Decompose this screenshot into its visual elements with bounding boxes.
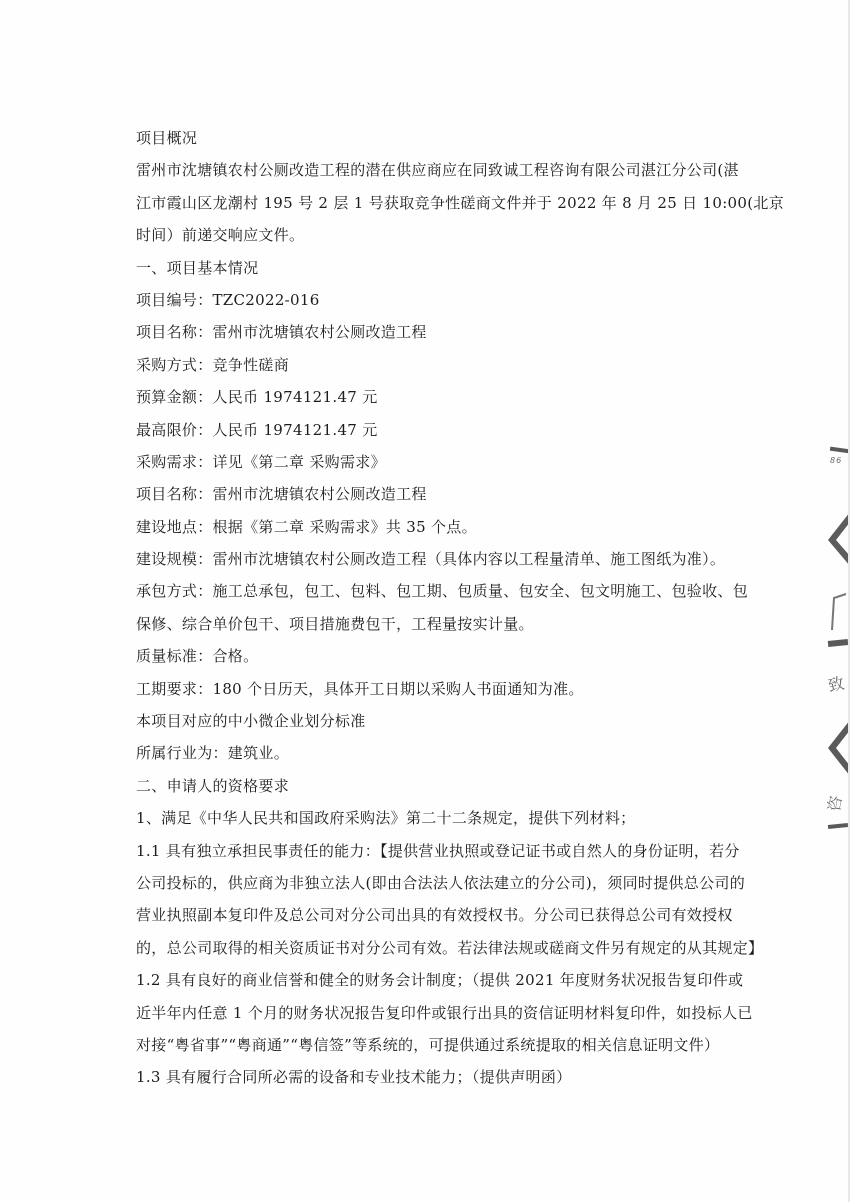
contract-method-line-2: 保修、综合单价包干、项目措施费包干，工程量按实计量。 [136, 608, 702, 640]
section2-intro: 1、满足《中华人民共和国政府采购法》第二十二条规定，提供下列材料； [136, 802, 702, 834]
seal-chevron-icon [826, 512, 850, 566]
industry: 所属行业为：建筑业。 [136, 737, 702, 769]
seal-bar-bottom [828, 823, 848, 829]
overview-line-3: 时间）前递交响应文件。 [136, 219, 702, 251]
max-price: 最高限价：人民币 1974121.47 元 [136, 414, 702, 446]
document-page: 项目概况 雷州市沈塘镇农村公厕改造工程的潜在供应商应在同致诚工程咨询有限公司湛江… [0, 0, 850, 1202]
project-number: 项目编号：TZC2022-016 [136, 284, 702, 316]
budget-amount: 预算金额：人民币 1974121.47 元 [136, 381, 702, 413]
overview-heading: 项目概况 [136, 122, 702, 154]
section1-heading: 一、项目基本情况 [136, 252, 702, 284]
req-1-3: 1.3 具有履行合同所必需的设备和专业技术能力；（提供声明函） [136, 1061, 702, 1093]
seal-char-2: 咨 [821, 794, 846, 814]
req-1-2-line-3: 对接“粤省事”“粤商通”“粤信签”等系统的，可提供通过系统提取的相关信息证明文件… [136, 1029, 702, 1061]
overview-line-1: 雷州市沈塘镇农村公厕改造工程的潜在供应商应在同致诚工程咨询有限公司湛江分公司(湛 [136, 154, 702, 186]
project-name: 项目名称：雷州市沈塘镇农村公厕改造工程 [136, 316, 702, 348]
procurement-method: 采购方式：竞争性磋商 [136, 349, 702, 381]
construction-scale: 建设规模：雷州市沈塘镇农村公厕改造工程（具体内容以工程量清单、施工图纸为准）。 [136, 543, 702, 575]
seal-bracket-icon [826, 590, 850, 650]
req-1-1-line-2: 公司投标的，供应商为非独立法人(即由合法法人依法建立的分公司)，须同时提供总公司… [136, 867, 702, 899]
overview-line-2: 江市霞山区龙潮村 195 号 2 层 1 号获取竞争性磋商文件并于 2022 年… [136, 187, 702, 219]
req-1-1-line-1: 1.1 具有独立承担民事责任的能力：【提供营业执照或登记证书或自然人的身份证明，… [136, 835, 702, 867]
section2-heading: 二、申请人的资格要求 [136, 770, 702, 802]
seal-char-1: 致 [826, 671, 846, 697]
procurement-requirements: 采购需求：详见《第二章 采购需求》 [136, 446, 702, 478]
req-1-2-line-2: 近半年内任意 1 个月的财务状况报告复印件或银行出具的资信证明材料复印件，如投标… [136, 997, 702, 1029]
seal-chevron-icon-2 [826, 720, 850, 776]
contract-method-line-1: 承包方式：施工总承包，包工、包料、包工期、包质量、包安全、包文明施工、包验收、包 [136, 575, 702, 607]
req-1-1-line-3: 营业执照副本复印件及总公司对分公司出具的有效授权书。分公司已获得总公司有效授权 [136, 899, 702, 931]
project-name-repeat: 项目名称：雷州市沈塘镇农村公厕改造工程 [136, 478, 702, 510]
schedule-requirement: 工期要求：180 个日历天，具体开工日期以采购人书面通知为准。 [136, 673, 702, 705]
seal-number: 86 [830, 456, 842, 465]
quality-standard: 质量标准：合格。 [136, 640, 702, 672]
req-1-1-line-4: 的，总公司取得的相关资质证书对分公司有效。若法律法规或磋商文件另有规定的从其规定… [136, 932, 702, 964]
sme-standard: 本项目对应的中小微企业划分标准 [136, 705, 702, 737]
seal-fragment-strip: 86 致 咨 [826, 440, 850, 840]
seal-bar-top [830, 447, 850, 454]
construction-location: 建设地点：根据《第二章 采购需求》共 35 个点。 [136, 511, 702, 543]
req-1-2-line-1: 1.2 具有良好的商业信誉和健全的财务会计制度；（提供 2021 年度财务状况报… [136, 964, 702, 996]
document-body: 项目概况 雷州市沈塘镇农村公厕改造工程的潜在供应商应在同致诚工程咨询有限公司湛江… [136, 122, 702, 1094]
